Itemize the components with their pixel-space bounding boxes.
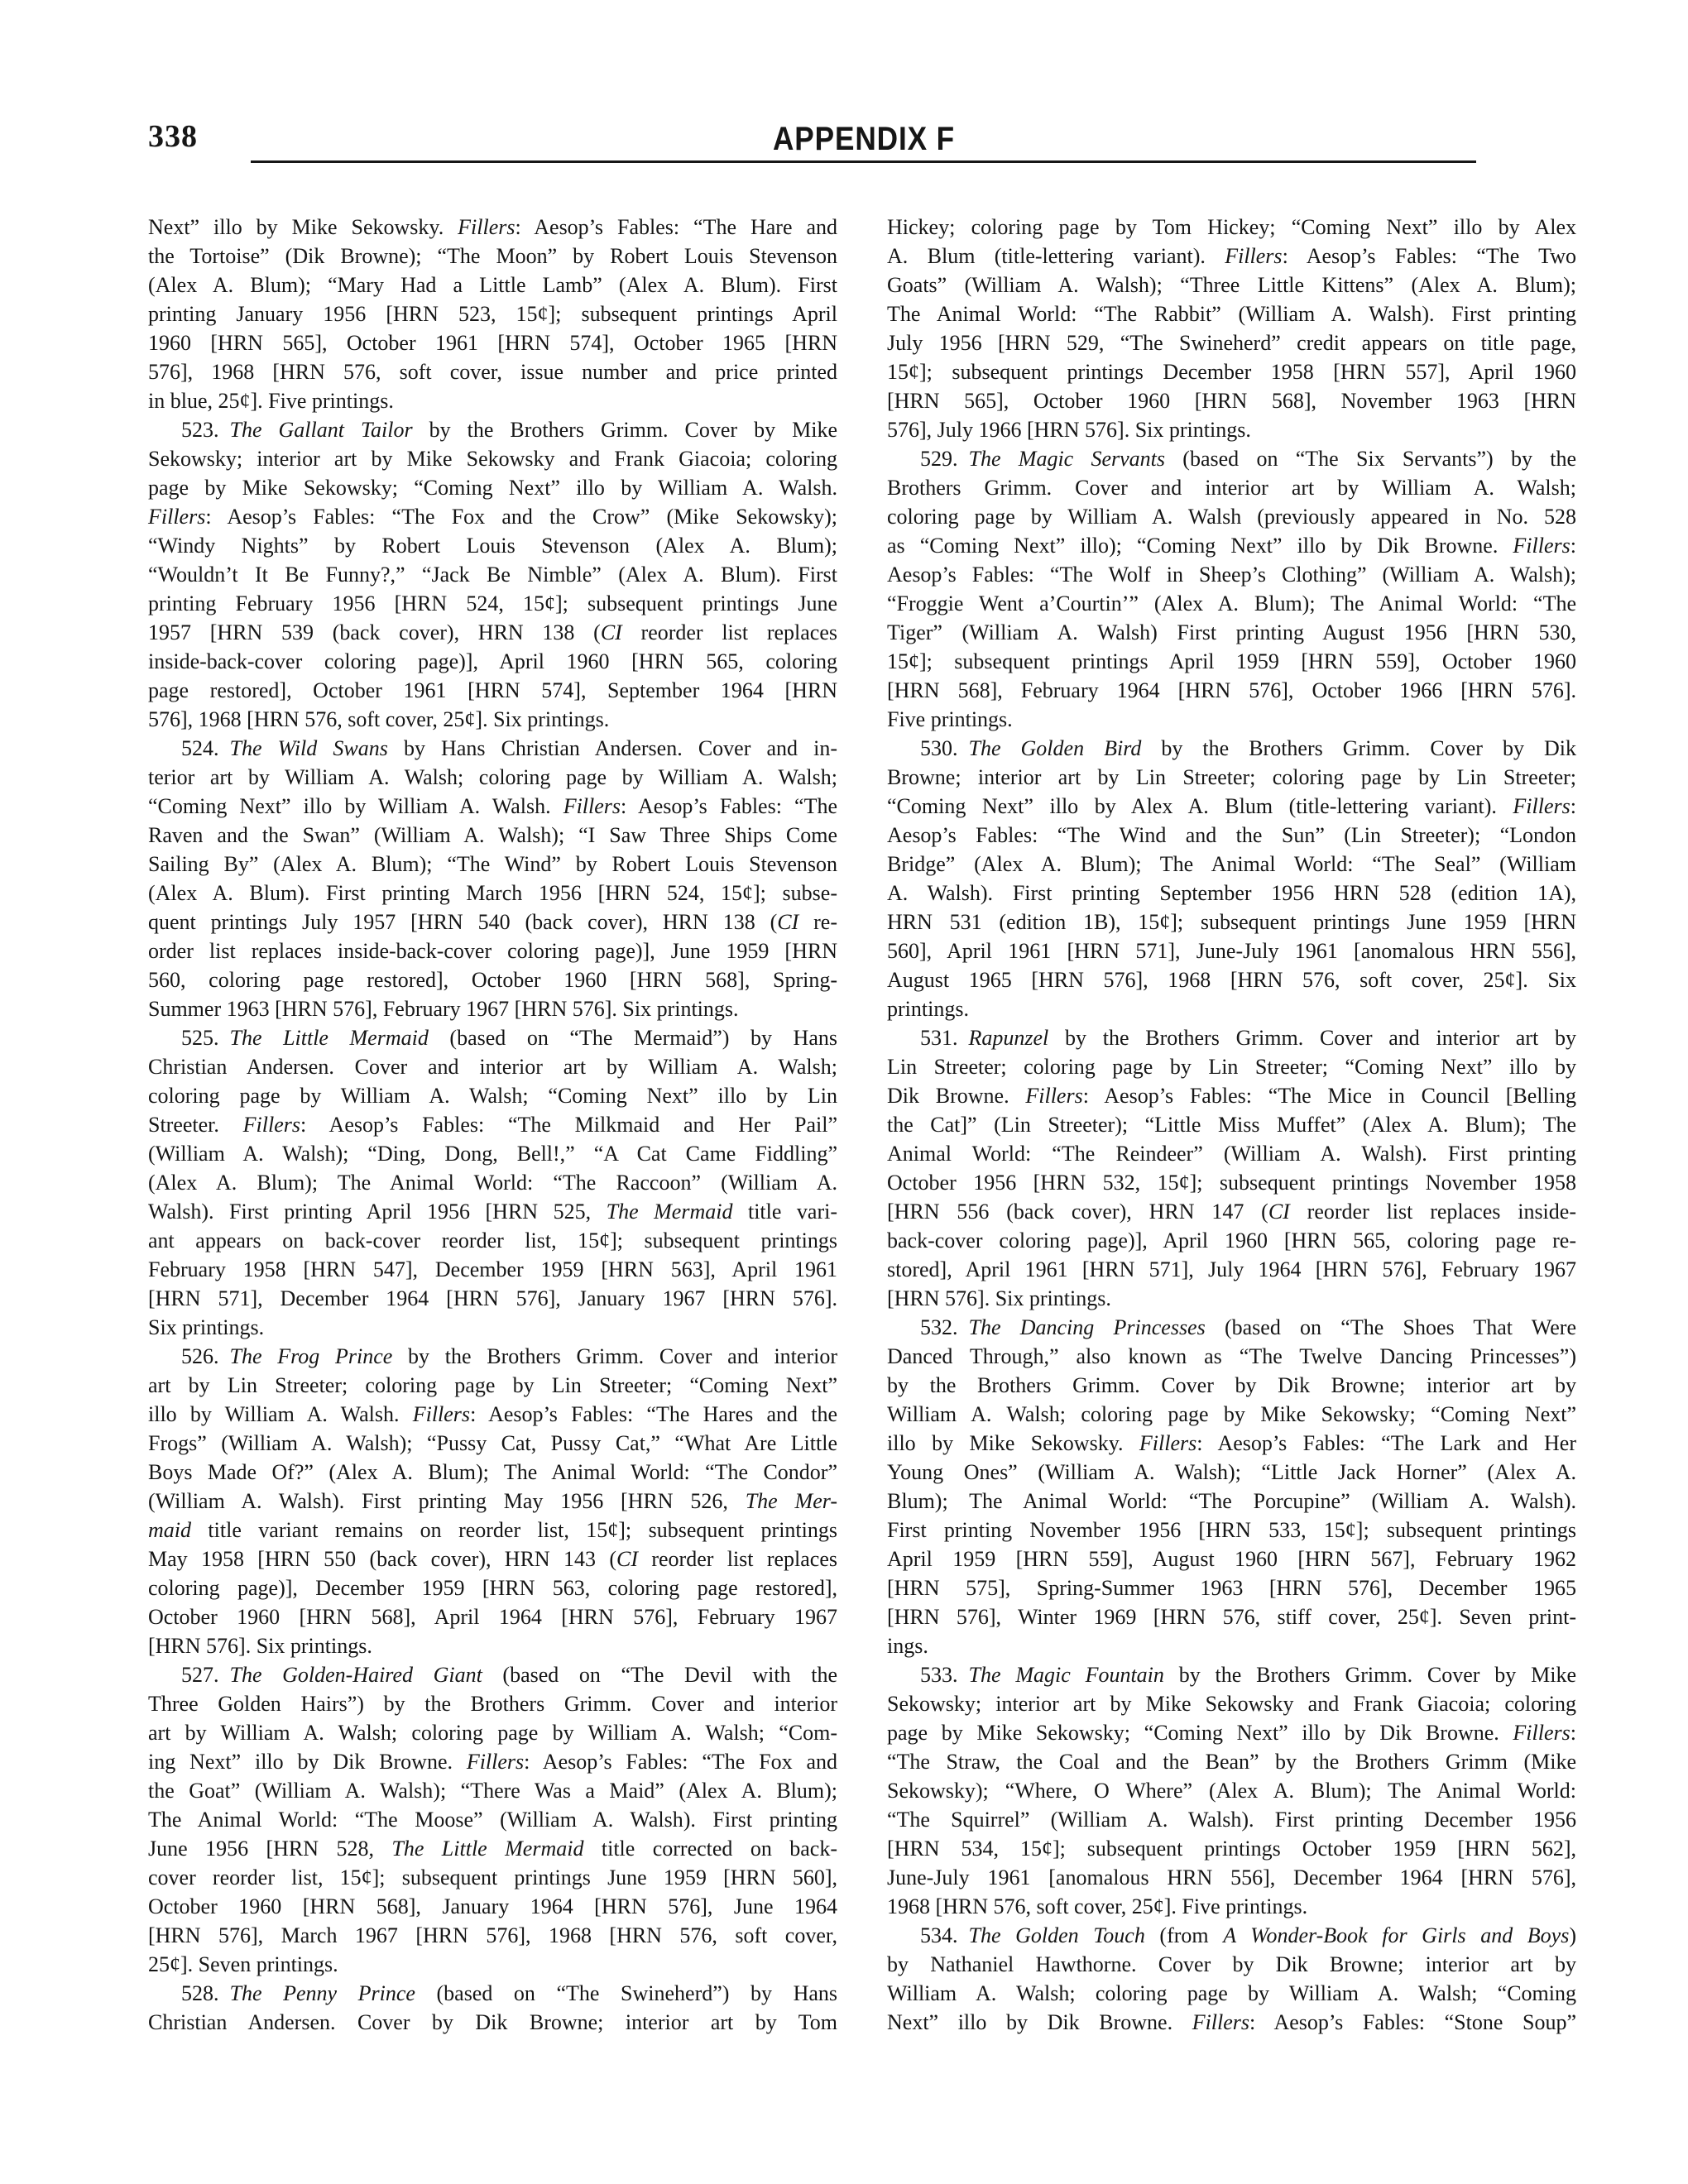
text-segment: by Nathaniel Hawthorne. Cover by Dik Bro… [887, 1952, 1576, 1976]
text-line: 524. The Wild Swans by Hans Christian An… [148, 734, 837, 763]
text-segment: [HRN 568], February 1964 [HRN 576], Octo… [887, 678, 1576, 702]
text-line: 527. The Golden-Haired Giant (based on “… [148, 1660, 837, 1689]
text-segment: in blue, 25¢]. Five printings. [148, 389, 394, 413]
text-line: A. Walsh). First printing September 1956… [887, 879, 1576, 908]
text-line: terior art by William A. Walsh; coloring… [148, 763, 837, 792]
text-segment: August 1965 [HRN 576], 1968 [HRN 576, so… [887, 968, 1576, 992]
text-line: 1957 [HRN 539 (back cover), HRN 138 (CI … [148, 618, 837, 647]
text-line: “Coming Next” illo by Alex A. Blum (titl… [887, 792, 1576, 821]
text-segment: 560, coloring page restored], October 19… [148, 968, 837, 992]
text-segment: 526. [181, 1344, 230, 1368]
text-segment: October 1960 [HRN 568], January 1964 [HR… [148, 1894, 837, 1918]
text-segment: 523. [181, 418, 230, 442]
text-segment: Christian Andersen. Cover and interior a… [148, 1055, 837, 1079]
text-line: [HRN 576]. Six printings. [148, 1631, 837, 1660]
text-line: ings. [887, 1631, 1576, 1660]
text-segment: Six printings. [148, 1315, 264, 1339]
text-segment: 576], 1968 [HRN 576, soft cover, 25¢]. S… [148, 707, 609, 731]
text-line: printing January 1956 [HRN 523, 15¢]; su… [148, 299, 837, 328]
italic-text-segment: Rapunzel [969, 1026, 1049, 1050]
text-line: Tiger” (William A. Walsh) First printing… [887, 618, 1576, 647]
text-line: 529. The Magic Servants (based on “The S… [887, 444, 1576, 473]
italic-text-segment: Fillers [1513, 794, 1570, 818]
text-line: The Animal World: “The Moose” (William A… [148, 1805, 837, 1834]
text-segment: Danced Through,” also known as “The Twel… [887, 1344, 1576, 1368]
text-segment: : Aesop’s Fables: “The Fox and the Crow”… [205, 505, 837, 529]
text-line: Next” illo by Dik Browne. Fillers: Aesop… [887, 2008, 1576, 2037]
text-segment: First printing November 1956 [HRN 533, 1… [887, 1518, 1576, 1542]
text-segment: October 1960 [HRN 568], April 1964 [HRN … [148, 1605, 837, 1629]
text-segment: 1957 [HRN 539 (back cover), HRN 138 ( [148, 620, 601, 644]
text-segment: Sekowsky; interior art by Mike Sekowsky … [887, 1692, 1576, 1716]
text-line: Danced Through,” also known as “The Twel… [887, 1342, 1576, 1371]
entry-paragraph: 523. The Gallant Tailor by the Brothers … [148, 415, 837, 734]
text-line: 526. The Frog Prince by the Brothers Gri… [148, 1342, 837, 1371]
text-segment: (based on “The Mermaid”) by Hans [429, 1026, 837, 1050]
text-line: by the Brothers Grimm. Cover by Dik Brow… [887, 1371, 1576, 1400]
text-segment: Blum); The Animal World: “The Porcupine”… [887, 1489, 1576, 1513]
text-segment: by the Brothers Grimm. Cover by Mike [1164, 1663, 1576, 1687]
text-segment: Three Golden Hairs”) by the Brothers Gri… [148, 1692, 837, 1716]
text-segment: William A. Walsh; coloring page by Mike … [887, 1402, 1576, 1426]
text-segment: by the Brothers Grimm. Cover by Dik Brow… [887, 1373, 1576, 1397]
text-line: Young Ones” (William A. Walsh); “Little … [887, 1458, 1576, 1487]
text-line: coloring page by William A. Walsh; “Comi… [148, 1081, 837, 1110]
text-segment: art by William A. Walsh; coloring page b… [148, 1721, 837, 1745]
text-segment: Brothers Grimm. Cover and interior art b… [887, 476, 1576, 500]
text-segment: (based on “The Devil with the [482, 1663, 837, 1687]
text-segment: 524. [181, 736, 230, 760]
text-segment: Browne; interior art by Lin Streeter; co… [887, 765, 1576, 789]
text-segment: page restored], October 1961 [HRN 574], … [148, 678, 837, 702]
text-line: inside-back-cover coloring page)], April… [148, 647, 837, 676]
italic-text-segment: The Gallant Tailor [230, 418, 413, 442]
text-line: [HRN 576]. Six printings. [887, 1284, 1576, 1313]
text-line: April 1959 [HRN 559], August 1960 [HRN 5… [887, 1545, 1576, 1573]
italic-text-segment: Fillers [1139, 1431, 1196, 1455]
text-segment: Sailing By” (Alex A. Blum); “The Wind” b… [148, 852, 837, 876]
text-segment: “The Squirrel” (William A. Walsh). First… [887, 1808, 1576, 1832]
text-line: Aesop’s Fables: “The Wolf in Sheep’s Clo… [887, 560, 1576, 589]
text-segment: Sekowsky; interior art by Mike Sekowsky … [148, 447, 837, 471]
text-segment: 534. [920, 1923, 969, 1947]
entry-paragraph: 526. The Frog Prince by the Brothers Gri… [148, 1342, 837, 1660]
text-line: order list replaces inside-back-cover co… [148, 936, 837, 965]
text-segment: Aesop’s Fables: “The Wind and the Sun” (… [887, 823, 1576, 847]
text-segment: printings. [887, 997, 969, 1021]
text-segment: : Aesop’s Fables: “The Hare and [516, 215, 838, 239]
text-segment: stored], April 1961 [HRN 571], July 1964… [887, 1257, 1576, 1281]
text-line: [HRN 556 (back cover), HRN 147 (CI reord… [887, 1197, 1576, 1226]
text-segment: Walsh). First printing April 1956 [HRN 5… [148, 1200, 607, 1224]
text-segment: Frogs” (William A. Walsh); “Pussy Cat, P… [148, 1431, 837, 1455]
text-segment: by the Brothers Grimm. Cover by Mike [413, 418, 837, 442]
text-line: printing February 1956 [HRN 524, 15¢]; s… [148, 589, 837, 618]
text-segment: back-cover coloring page)], April 1960 [… [887, 1228, 1576, 1252]
text-line: in blue, 25¢]. Five printings. [148, 386, 837, 415]
text-segment: The Animal World: “The Rabbit” (William … [887, 302, 1576, 326]
header-rule [251, 160, 1476, 163]
entry-paragraph: 528. The Penny Prince (based on “The Swi… [148, 1979, 837, 2037]
text-line: 15¢]; subsequent printings April 1959 [H… [887, 647, 1576, 676]
text-segment: 529. [920, 447, 969, 471]
text-segment: ant appears on back-cover reorder list, … [148, 1228, 837, 1252]
text-segment: terior art by William A. Walsh; coloring… [148, 765, 837, 789]
text-segment: Summer 1963 [HRN 576], February 1967 [HR… [148, 997, 739, 1021]
italic-text-segment: The Little Mermaid [230, 1026, 429, 1050]
text-segment: February 1958 [HRN 547], December 1959 [… [148, 1257, 837, 1281]
text-line: 531. Rapunzel by the Brothers Grimm. Cov… [887, 1023, 1576, 1052]
text-segment: re- [798, 910, 837, 934]
italic-text-segment: Fillers [563, 794, 621, 818]
text-segment: : [1571, 794, 1576, 818]
text-line: Dik Browne. Fillers: Aesop’s Fables: “Th… [887, 1081, 1576, 1110]
entry-paragraph: 527. The Golden-Haired Giant (based on “… [148, 1660, 837, 1979]
text-line: Blum); The Animal World: “The Porcupine”… [887, 1487, 1576, 1516]
text-segment: 527. [181, 1663, 230, 1687]
text-line: February 1958 [HRN 547], December 1959 [… [148, 1255, 837, 1284]
text-segment: printing January 1956 [HRN 523, 15¢]; su… [148, 302, 837, 326]
text-line: by Nathaniel Hawthorne. Cover by Dik Bro… [887, 1950, 1576, 1979]
text-segment: by the Brothers Grimm. Cover by Dik [1141, 736, 1576, 760]
text-segment: May 1958 [HRN 550 (back cover), HRN 143 … [148, 1547, 616, 1571]
text-segment: 531. [920, 1026, 969, 1050]
text-segment: title corrected on back- [583, 1837, 837, 1861]
text-segment: Five printings. [887, 707, 1013, 731]
page-number: 338 [148, 118, 198, 155]
italic-text-segment: The Magic Servants [969, 447, 1166, 471]
text-segment: by the Brothers Grimm. Cover and interio… [1048, 1026, 1576, 1050]
text-line: William A. Walsh; coloring page by Willi… [887, 1979, 1576, 2008]
text-segment: A. Blum (title-lettering variant). [887, 244, 1225, 268]
italic-text-segment: The Magic Fountain [969, 1663, 1164, 1687]
text-segment: page by Mike Sekowsky; “Coming Next” ill… [148, 476, 837, 500]
text-segment: 560], April 1961 [HRN 571], June-July 19… [887, 939, 1576, 963]
text-segment: Hickey; coloring page by Tom Hickey; “Co… [887, 215, 1576, 239]
text-segment: (Alex A. Blum). First printing March 195… [148, 881, 837, 905]
text-line: 576], 1968 [HRN 576, soft cover, issue n… [148, 357, 837, 386]
text-line: October 1960 [HRN 568], January 1964 [HR… [148, 1892, 837, 1921]
italic-text-segment: Fillers [413, 1402, 470, 1426]
text-line: Walsh). First printing April 1956 [HRN 5… [148, 1197, 837, 1226]
text-segment: : Aesop’s Fables: “Stone Soup” [1249, 2010, 1576, 2034]
text-line: the Goat” (William A. Walsh); “There Was… [148, 1776, 837, 1805]
italic-text-segment: The Golden Touch [969, 1923, 1145, 1947]
text-line: Hickey; coloring page by Tom Hickey; “Co… [887, 213, 1576, 242]
text-segment: the Goat” (William A. Walsh); “There Was… [148, 1779, 837, 1803]
text-segment: ings. [887, 1634, 928, 1658]
text-line: Five printings. [887, 705, 1576, 734]
text-line: 576], July 1966 [HRN 576]. Six printings… [887, 415, 1576, 444]
text-segment: : Aesop’s Fables: “The [621, 794, 837, 818]
text-segment: : Aesop’s Fables: “The Lark and Her [1196, 1431, 1576, 1455]
text-segment: “Wouldn’t It Be Funny?,” “Jack Be Nimble… [148, 563, 837, 587]
text-line: Sailing By” (Alex A. Blum); “The Wind” b… [148, 850, 837, 879]
entry-paragraph: 532. The Dancing Princesses (based on “T… [887, 1313, 1576, 1660]
text-line: “Windy Nights” by Robert Louis Stevenson… [148, 531, 837, 560]
text-segment: illo by William A. Walsh. [148, 1402, 413, 1426]
text-segment: 15¢]; subsequent printings December 1958… [887, 360, 1576, 384]
text-segment: HRN 531 (edition 1B), 15¢]; subsequent p… [887, 910, 1576, 934]
entry-paragraph: 524. The Wild Swans by Hans Christian An… [148, 734, 837, 1023]
text-segment: 532. [920, 1315, 969, 1339]
italic-text-segment: The Mermaid [607, 1200, 733, 1224]
text-line: Bridge” (Alex A. Blum); The Animal World… [887, 850, 1576, 879]
text-segment: (William A. Walsh); “Ding, Dong, Bell!,”… [148, 1142, 837, 1166]
text-line: [HRN 576], Winter 1969 [HRN 576, stiff c… [887, 1602, 1576, 1631]
text-line: Six printings. [148, 1313, 837, 1342]
text-segment: : Aesop’s Fables: “The Milkmaid and Her … [300, 1113, 837, 1137]
text-segment: “Coming Next” illo by Alex A. Blum (titl… [887, 794, 1513, 818]
italic-text-segment: The Dancing Princesses [969, 1315, 1206, 1339]
text-line: Summer 1963 [HRN 576], February 1967 [HR… [148, 994, 837, 1023]
text-segment: “Froggie Went a’Courtin’” (Alex A. Blum)… [887, 591, 1576, 615]
text-line: coloring page)], December 1959 [HRN 563,… [148, 1573, 837, 1602]
text-line: “The Straw, the Coal and the Bean” by th… [887, 1747, 1576, 1776]
text-segment: 1968 [HRN 576, soft cover, 25¢]. Five pr… [887, 1894, 1307, 1918]
italic-text-segment: A Wonder-Book for Girls and Boys [1223, 1923, 1569, 1947]
text-segment: (Alex A. Blum); “Mary Had a Little Lamb”… [148, 273, 837, 297]
text-segment: (based on “The Shoes That Were [1206, 1315, 1576, 1339]
text-segment: Next” illo by Mike Sekowsky. [148, 215, 458, 239]
text-line: The Animal World: “The Rabbit” (William … [887, 299, 1576, 328]
text-segment: title vari- [732, 1200, 837, 1224]
text-line: the Tortoise” (Dik Browne); “The Moon” b… [148, 242, 837, 271]
text-segment: Animal World: “The Reindeer” (William A.… [887, 1142, 1576, 1166]
text-line: 576], 1968 [HRN 576, soft cover, 25¢]. S… [148, 705, 837, 734]
entry-paragraph: 525. The Little Mermaid (based on “The M… [148, 1023, 837, 1342]
text-segment: [HRN 576], Winter 1969 [HRN 576, stiff c… [887, 1605, 1576, 1629]
text-segment: : Aesop’s Fables: “The Two [1283, 244, 1576, 268]
text-line: 530. The Golden Bird by the Brothers Gri… [887, 734, 1576, 763]
italic-text-segment: CI [616, 1547, 638, 1571]
text-segment: July 1956 [HRN 529, “The Swineherd” cred… [887, 331, 1576, 355]
entry-paragraph: Hickey; coloring page by Tom Hickey; “Co… [887, 213, 1576, 444]
italic-text-segment: Fillers [1513, 534, 1570, 558]
text-line: (William A. Walsh); “Ding, Dong, Bell!,”… [148, 1139, 837, 1168]
text-line: First printing November 1956 [HRN 533, 1… [887, 1516, 1576, 1545]
text-line: 534. The Golden Touch (from A Wonder-Boo… [887, 1921, 1576, 1950]
text-segment: coloring page by William A. Walsh (previ… [887, 505, 1576, 529]
text-line: “Coming Next” illo by William A. Walsh. … [148, 792, 837, 821]
text-line: (William A. Walsh). First printing May 1… [148, 1487, 837, 1516]
text-segment: title variant remains on reorder list, 1… [191, 1518, 837, 1542]
text-line: stored], April 1961 [HRN 571], July 1964… [887, 1255, 1576, 1284]
text-line: the Cat]” (Lin Streeter); “Little Miss M… [887, 1110, 1576, 1139]
text-segment: printing February 1956 [HRN 524, 15¢]; s… [148, 591, 837, 615]
text-line: Raven and the Swan” (William A. Walsh); … [148, 821, 837, 850]
text-segment: “The Straw, the Coal and the Bean” by th… [887, 1750, 1576, 1774]
text-segment: illo by Mike Sekowsky. [887, 1431, 1139, 1455]
text-segment: Christian Andersen. Cover by Dik Browne;… [148, 2010, 837, 2034]
italic-text-segment: Fillers [1225, 244, 1282, 268]
text-line: June-July 1961 [anomalous HRN 556], Dece… [887, 1863, 1576, 1892]
text-line: art by Lin Streeter; coloring page by Li… [148, 1371, 837, 1400]
text-segment: (based on “The Swineherd”) by Hans [415, 1981, 837, 2005]
text-segment: the Tortoise” (Dik Browne); “The Moon” b… [148, 244, 837, 268]
text-line: [HRN 571], December 1964 [HRN 576], Janu… [148, 1284, 837, 1313]
italic-text-segment: The Wild Swans [230, 736, 388, 760]
text-segment: reorder list replaces inside- [1290, 1200, 1576, 1224]
italic-text-segment: Fillers [467, 1750, 524, 1774]
entry-paragraph: 533. The Magic Fountain by the Brothers … [887, 1660, 1576, 1921]
text-segment: Streeter. [148, 1113, 243, 1137]
text-segment: coloring page by William A. Walsh; “Comi… [148, 1084, 837, 1108]
text-segment: June-July 1961 [anomalous HRN 556], Dece… [887, 1865, 1576, 1889]
text-segment: The Animal World: “The Moose” (William A… [148, 1808, 837, 1832]
text-line: illo by William A. Walsh. Fillers: Aesop… [148, 1400, 837, 1429]
text-line: [HRN 568], February 1964 [HRN 576], Octo… [887, 676, 1576, 705]
text-line: page by Mike Sekowsky; “Coming Next” ill… [887, 1718, 1576, 1747]
text-segment: ing Next” illo by Dik Browne. [148, 1750, 467, 1774]
italic-text-segment: Fillers [243, 1113, 300, 1137]
text-segment: “Coming Next” illo by William A. Walsh. [148, 794, 563, 818]
column-right: Hickey; coloring page by Tom Hickey; “Co… [887, 213, 1576, 2037]
text-line: Lin Streeter; coloring page by Lin Stree… [887, 1052, 1576, 1081]
text-line: August 1965 [HRN 576], 1968 [HRN 576, so… [887, 965, 1576, 994]
text-line: coloring page by William A. Walsh (previ… [887, 502, 1576, 531]
italic-text-segment: Fillers [1513, 1721, 1570, 1745]
text-line: [HRN 534, 15¢]; subsequent printings Oct… [887, 1834, 1576, 1863]
text-line: Aesop’s Fables: “The Wind and the Sun” (… [887, 821, 1576, 850]
text-line: 528. The Penny Prince (based on “The Swi… [148, 1979, 837, 2008]
text-segment: (from [1145, 1923, 1223, 1947]
text-segment: 533. [920, 1663, 969, 1687]
text-segment: [HRN 565], October 1960 [HRN 568], Novem… [887, 389, 1576, 413]
italic-text-segment: Fillers [458, 215, 515, 239]
text-segment: coloring page)], December 1959 [HRN 563,… [148, 1576, 837, 1600]
text-line: Streeter. Fillers: Aesop’s Fables: “The … [148, 1110, 837, 1139]
text-line: Sekowsky); “Where, O Where” (Alex A. Blu… [887, 1776, 1576, 1805]
italic-text-segment: Fillers [1192, 2010, 1249, 2034]
text-segment: reorder list replaces [638, 1547, 837, 1571]
text-line: 533. The Magic Fountain by the Brothers … [887, 1660, 1576, 1689]
entry-paragraph: 531. Rapunzel by the Brothers Grimm. Cov… [887, 1023, 1576, 1313]
text-line: ing Next” illo by Dik Browne. Fillers: A… [148, 1747, 837, 1776]
text-segment: 576], July 1966 [HRN 576]. Six printings… [887, 418, 1251, 442]
text-segment: 25¢]. Seven printings. [148, 1952, 338, 1976]
column-left: Next” illo by Mike Sekowsky. Fillers: Ae… [148, 213, 837, 2037]
italic-text-segment: The Golden Bird [969, 736, 1142, 760]
italic-text-segment: The Frog Prince [230, 1344, 393, 1368]
text-line: Next” illo by Mike Sekowsky. Fillers: Ae… [148, 213, 837, 242]
text-line: Boys Made Of?” (Alex A. Blum); The Anima… [148, 1458, 837, 1487]
text-line: [HRN 575], Spring-Summer 1963 [HRN 576],… [887, 1573, 1576, 1602]
text-segment: ) [1569, 1923, 1576, 1947]
text-segment: Dik Browne. [887, 1084, 1025, 1108]
italic-text-segment: Fillers [1025, 1084, 1082, 1108]
entry-paragraph: 534. The Golden Touch (from A Wonder-Boo… [887, 1921, 1576, 2037]
text-segment: [HRN 576]. Six printings. [148, 1634, 372, 1658]
text-line: (Alex A. Blum). First printing March 195… [148, 879, 837, 908]
text-line: October 1956 [HRN 532, 15¢]; subsequent … [887, 1168, 1576, 1197]
text-segment: art by Lin Streeter; coloring page by Li… [148, 1373, 837, 1397]
text-line: Christian Andersen. Cover by Dik Browne;… [148, 2008, 837, 2037]
text-segment: 1960 [HRN 565], October 1961 [HRN 574], … [148, 331, 837, 355]
text-line: [HRN 576], March 1967 [HRN 576], 1968 [H… [148, 1921, 837, 1950]
text-segment: William A. Walsh; coloring page by Willi… [887, 1981, 1576, 2005]
italic-text-segment: Fillers [148, 505, 205, 529]
text-line: 532. The Dancing Princesses (based on “T… [887, 1313, 1576, 1342]
text-line: quent printings July 1957 [HRN 540 (back… [148, 908, 837, 936]
text-line: Browne; interior art by Lin Streeter; co… [887, 763, 1576, 792]
text-line: 1960 [HRN 565], October 1961 [HRN 574], … [148, 328, 837, 357]
text-line: “The Squirrel” (William A. Walsh). First… [887, 1805, 1576, 1834]
text-segment: : [1571, 1721, 1576, 1745]
text-segment: (based on “The Six Servants”) by the [1165, 447, 1576, 471]
text-segment: by Hans Christian Andersen. Cover and in… [388, 736, 837, 760]
text-segment: [HRN 575], Spring-Summer 1963 [HRN 576],… [887, 1576, 1576, 1600]
text-line: ant appears on back-cover reorder list, … [148, 1226, 837, 1255]
text-line: (Alex A. Blum); “Mary Had a Little Lamb”… [148, 271, 837, 299]
text-line: page restored], October 1961 [HRN 574], … [148, 676, 837, 705]
text-segment: Bridge” (Alex A. Blum); The Animal World… [887, 852, 1576, 876]
text-line: “Froggie Went a’Courtin’” (Alex A. Blum)… [887, 589, 1576, 618]
text-line: HRN 531 (edition 1B), 15¢]; subsequent p… [887, 908, 1576, 936]
text-line: [HRN 565], October 1960 [HRN 568], Novem… [887, 386, 1576, 415]
text-line: May 1958 [HRN 550 (back cover), HRN 143 … [148, 1545, 837, 1573]
text-segment: Aesop’s Fables: “The Wolf in Sheep’s Clo… [887, 563, 1576, 587]
text-segment: 528. [181, 1981, 230, 2005]
text-segment: : [1571, 534, 1576, 558]
text-line: (Alex A. Blum); The Animal World: “The R… [148, 1168, 837, 1197]
text-line: 560, coloring page restored], October 19… [148, 965, 837, 994]
text-segment: [HRN 576], March 1967 [HRN 576], 1968 [H… [148, 1923, 837, 1947]
italic-text-segment: The Penny Prince [230, 1981, 415, 2005]
text-columns: Next” illo by Mike Sekowsky. Fillers: Ae… [148, 213, 1576, 2037]
text-line: Frogs” (William A. Walsh); “Pussy Cat, P… [148, 1429, 837, 1458]
text-segment: Young Ones” (William A. Walsh); “Little … [887, 1460, 1576, 1484]
text-segment: [HRN 571], December 1964 [HRN 576], Janu… [148, 1286, 837, 1310]
text-segment: : Aesop’s Fables: “The Mice in Council [… [1083, 1084, 1576, 1108]
text-segment: “Windy Nights” by Robert Louis Stevenson… [148, 534, 837, 558]
text-segment: Boys Made Of?” (Alex A. Blum); The Anima… [148, 1460, 837, 1484]
text-segment: (William A. Walsh). First printing May 1… [148, 1489, 746, 1513]
text-line: Animal World: “The Reindeer” (William A.… [887, 1139, 1576, 1168]
italic-text-segment: The Golden-Haired Giant [230, 1663, 482, 1687]
text-line: cover reorder list, 15¢]; subsequent pri… [148, 1863, 837, 1892]
text-line: William A. Walsh; coloring page by Mike … [887, 1400, 1576, 1429]
text-line: Three Golden Hairs”) by the Brothers Gri… [148, 1689, 837, 1718]
text-line: back-cover coloring page)], April 1960 [… [887, 1226, 1576, 1255]
italic-text-segment: The Mer- [746, 1489, 837, 1513]
text-segment: the Cat]” (Lin Streeter); “Little Miss M… [887, 1113, 1576, 1137]
text-segment: order list replaces inside-back-cover co… [148, 939, 837, 963]
italic-text-segment: maid [148, 1518, 191, 1542]
text-line: maid title variant remains on reorder li… [148, 1516, 837, 1545]
text-segment: October 1956 [HRN 532, 15¢]; subsequent … [887, 1171, 1576, 1195]
text-segment: [HRN 556 (back cover), HRN 147 ( [887, 1200, 1268, 1224]
text-line: 1968 [HRN 576, soft cover, 25¢]. Five pr… [887, 1892, 1576, 1921]
text-line: as “Coming Next” illo); “Coming Next” il… [887, 531, 1576, 560]
text-line: Sekowsky; interior art by Mike Sekowsky … [148, 444, 837, 473]
italic-text-segment: CI [777, 910, 798, 934]
text-segment: by the Brothers Grimm. Cover and interio… [392, 1344, 837, 1368]
text-segment: page by Mike Sekowsky; “Coming Next” ill… [887, 1721, 1513, 1745]
text-segment: as “Coming Next” illo); “Coming Next” il… [887, 534, 1513, 558]
text-line: “Wouldn’t It Be Funny?,” “Jack Be Nimble… [148, 560, 837, 589]
entry-paragraph: 530. The Golden Bird by the Brothers Gri… [887, 734, 1576, 1023]
italic-text-segment: The Little Mermaid [391, 1837, 583, 1861]
book-page: 338 APPENDIX F Next” illo by Mike Sekows… [0, 0, 1688, 2184]
text-line: printings. [887, 994, 1576, 1023]
text-segment: : Aesop’s Fables: “The Fox and [524, 1750, 837, 1774]
text-segment: cover reorder list, 15¢]; subsequent pri… [148, 1865, 837, 1889]
text-segment: June 1956 [HRN 528, [148, 1837, 391, 1861]
italic-text-segment: CI [1268, 1200, 1290, 1224]
text-line: illo by Mike Sekowsky. Fillers: Aesop’s … [887, 1429, 1576, 1458]
text-line: Fillers: Aesop’s Fables: “The Fox and th… [148, 502, 837, 531]
